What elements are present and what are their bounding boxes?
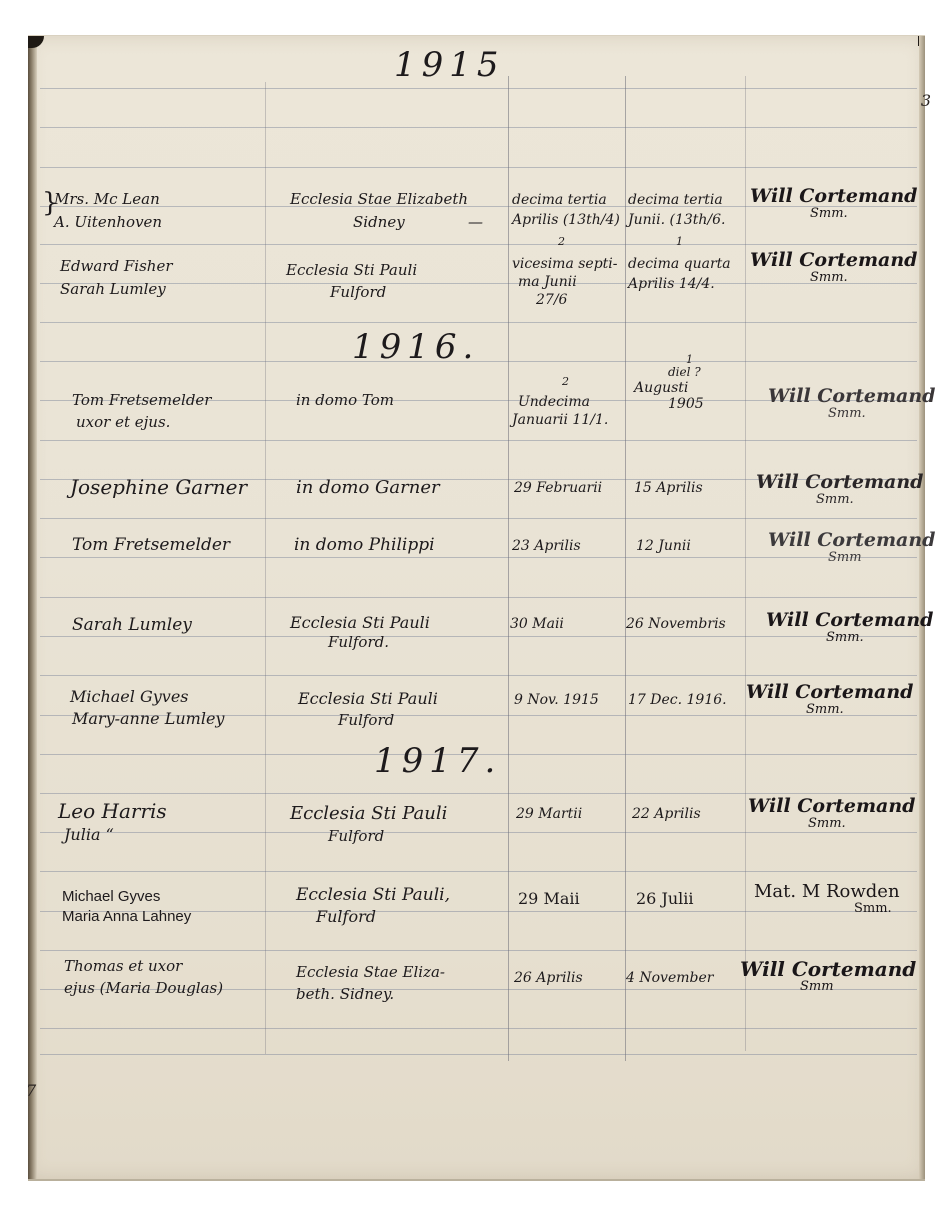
officiant-signature: Will Cortemand Smm xyxy=(768,530,935,565)
officiant-signature: Will Cortemand Smm. xyxy=(768,386,935,421)
ruled-line xyxy=(40,832,917,833)
entry-name: Sarah Lumley xyxy=(72,616,192,636)
entry-place: beth. Sidney. xyxy=(296,986,394,1003)
ruled-line xyxy=(40,127,917,128)
entry-date-1: Januarii 11/1. xyxy=(512,412,608,428)
column-divider-names xyxy=(265,82,266,1054)
officiant-signature: Mat. M Rowden Smm. xyxy=(754,882,900,916)
ruled-line xyxy=(40,88,917,89)
entry-name: Michael Gyves xyxy=(70,688,189,706)
entry-place: Fulford. xyxy=(328,634,389,651)
entry-date-1-day-number: 2 xyxy=(562,376,569,389)
entry-name: Leo Harris xyxy=(58,800,167,823)
entry-date-1: 9 Nov. 1915 xyxy=(514,692,599,708)
year-heading-1916: 1916. xyxy=(352,328,479,367)
entry-date-2-day-number: 1 xyxy=(676,236,683,249)
ruled-line xyxy=(40,597,917,598)
entry-date-2: diel ? xyxy=(668,366,701,380)
entry-date-1-day-number: 2 xyxy=(558,236,565,249)
entry-date-1: 29 Maii xyxy=(518,890,580,908)
entry-place: in domo Philippi xyxy=(294,536,435,556)
officiant-signature: Will Cortemand Smm. xyxy=(766,610,933,645)
entry-place: Ecclesia Stae Elizabeth xyxy=(290,191,468,208)
officiant-signature: Will Cortemand Smm. xyxy=(750,250,917,285)
entry-place: Fulford xyxy=(328,828,384,845)
entry-place: Fulford xyxy=(330,284,386,301)
entry-name: Sarah Lumley xyxy=(60,281,166,298)
entry-name: Michael Gyves xyxy=(62,888,160,905)
entry-date-1: ma Junii xyxy=(518,274,577,290)
ruled-line xyxy=(40,167,917,168)
entry-name: Mary-anne Lumley xyxy=(72,710,224,728)
entry-date-1: Undecima xyxy=(518,394,590,410)
column-divider-date1 xyxy=(625,76,626,1061)
entry-place: Ecclesia Sti Pauli, xyxy=(296,886,450,906)
entry-name: Tom Fretsemelder xyxy=(72,392,211,409)
column-divider-place xyxy=(508,76,509,1061)
ruled-line xyxy=(40,322,917,323)
entry-place: Ecclesia Stae Eliza- xyxy=(296,964,445,981)
officiant-signature: Will Cortemand Smm. xyxy=(748,796,915,831)
year-heading-1915: 1915 xyxy=(394,46,505,85)
entry-date-2: 17 Dec. 1916. xyxy=(628,692,727,708)
register-page: 1915 1916. 1917. 3 7 } Mrs. Mc Lean A. U… xyxy=(28,35,925,1181)
entry-place: Ecclesia Sti Pauli xyxy=(298,690,438,708)
entry-place: Ecclesia Sti Pauli xyxy=(290,804,447,825)
ruled-line xyxy=(40,1028,917,1029)
entry-date-2: 1905 xyxy=(668,396,704,412)
entry-name: Mrs. Mc Lean xyxy=(54,191,160,208)
entry-name: uxor et ejus. xyxy=(76,414,170,431)
entry-date-2: 15 Aprilis xyxy=(634,480,703,496)
ruled-line xyxy=(40,950,917,951)
ruled-line xyxy=(40,871,917,872)
ruled-line xyxy=(40,244,917,245)
entry-name: Edward Fisher xyxy=(60,258,173,275)
entry-date-1: Aprilis (13th/4) xyxy=(512,212,620,228)
entry-name: Tom Fretsemelder xyxy=(72,536,230,556)
entry-date-2: 12 Junii xyxy=(636,538,691,554)
entry-date-1: 23 Aprilis xyxy=(512,538,581,554)
page-number-mark: 3 xyxy=(921,91,931,110)
year-heading-1917: 1917. xyxy=(374,742,501,781)
entry-place: Fulford xyxy=(316,908,376,926)
officiant-signature: Will Cortemand Smm. xyxy=(746,682,913,717)
entry-name: Maria Anna Lahney xyxy=(62,908,191,925)
entry-place: Sidney xyxy=(353,214,405,231)
book-binding xyxy=(28,36,37,1179)
page-corner-top-left xyxy=(28,36,44,48)
entry-date-2: Junii. (13th/6. xyxy=(628,212,726,228)
entry-place: Ecclesia Sti Pauli xyxy=(290,614,430,632)
entry-place: in domo Tom xyxy=(296,392,394,409)
entry-date-1: 26 Aprilis xyxy=(514,970,583,986)
entry-name: Julia “ xyxy=(64,826,114,844)
entry-date-1: 30 Maii xyxy=(510,616,564,632)
entry-date-1: vicesima septi- xyxy=(512,256,618,272)
entry-name: Josephine Garner xyxy=(70,476,247,499)
entry-date-1: decima tertia xyxy=(512,192,607,208)
entry-place: — xyxy=(468,214,483,231)
entry-date-2: Aprilis 14/4. xyxy=(628,276,715,292)
ruled-line xyxy=(40,518,917,519)
entry-date-2: 22 Aprilis xyxy=(632,806,701,822)
entry-name: A. Uitenhoven xyxy=(54,214,162,231)
officiant-signature: Will Cortemand Smm. xyxy=(756,472,923,507)
ruled-line xyxy=(40,1054,917,1055)
ruled-line xyxy=(40,793,917,794)
column-divider-date2 xyxy=(745,76,746,1051)
entry-place: in domo Garner xyxy=(296,478,440,499)
officiant-signature: Will Cortemand Smm xyxy=(740,958,916,994)
entry-date-2: 26 Novembris xyxy=(626,616,726,632)
entry-name: ejus (Maria Douglas) xyxy=(64,980,223,997)
officiant-signature: Will Cortemand Smm. xyxy=(750,186,917,221)
entry-date-1: 29 Februarii xyxy=(514,480,602,496)
ruled-line xyxy=(40,440,917,441)
entry-date-2: 26 Julii xyxy=(636,890,694,908)
margin-mark: 7 xyxy=(26,1081,36,1100)
entry-place: Fulford xyxy=(338,712,394,729)
page-right-edge xyxy=(919,36,925,1179)
entry-date-2: Augusti xyxy=(634,380,688,396)
ruled-line xyxy=(40,675,917,676)
entry-date-1: 29 Martii xyxy=(516,806,582,822)
entry-date-2: 4 November xyxy=(626,970,713,986)
entry-date-2: decima tertia xyxy=(628,192,723,208)
entry-name: Thomas et uxor xyxy=(64,958,182,975)
entry-date-2: decima quarta xyxy=(628,256,731,272)
entry-place: Ecclesia Sti Pauli xyxy=(286,262,417,279)
entry-date-1: 27/6 xyxy=(536,292,567,308)
